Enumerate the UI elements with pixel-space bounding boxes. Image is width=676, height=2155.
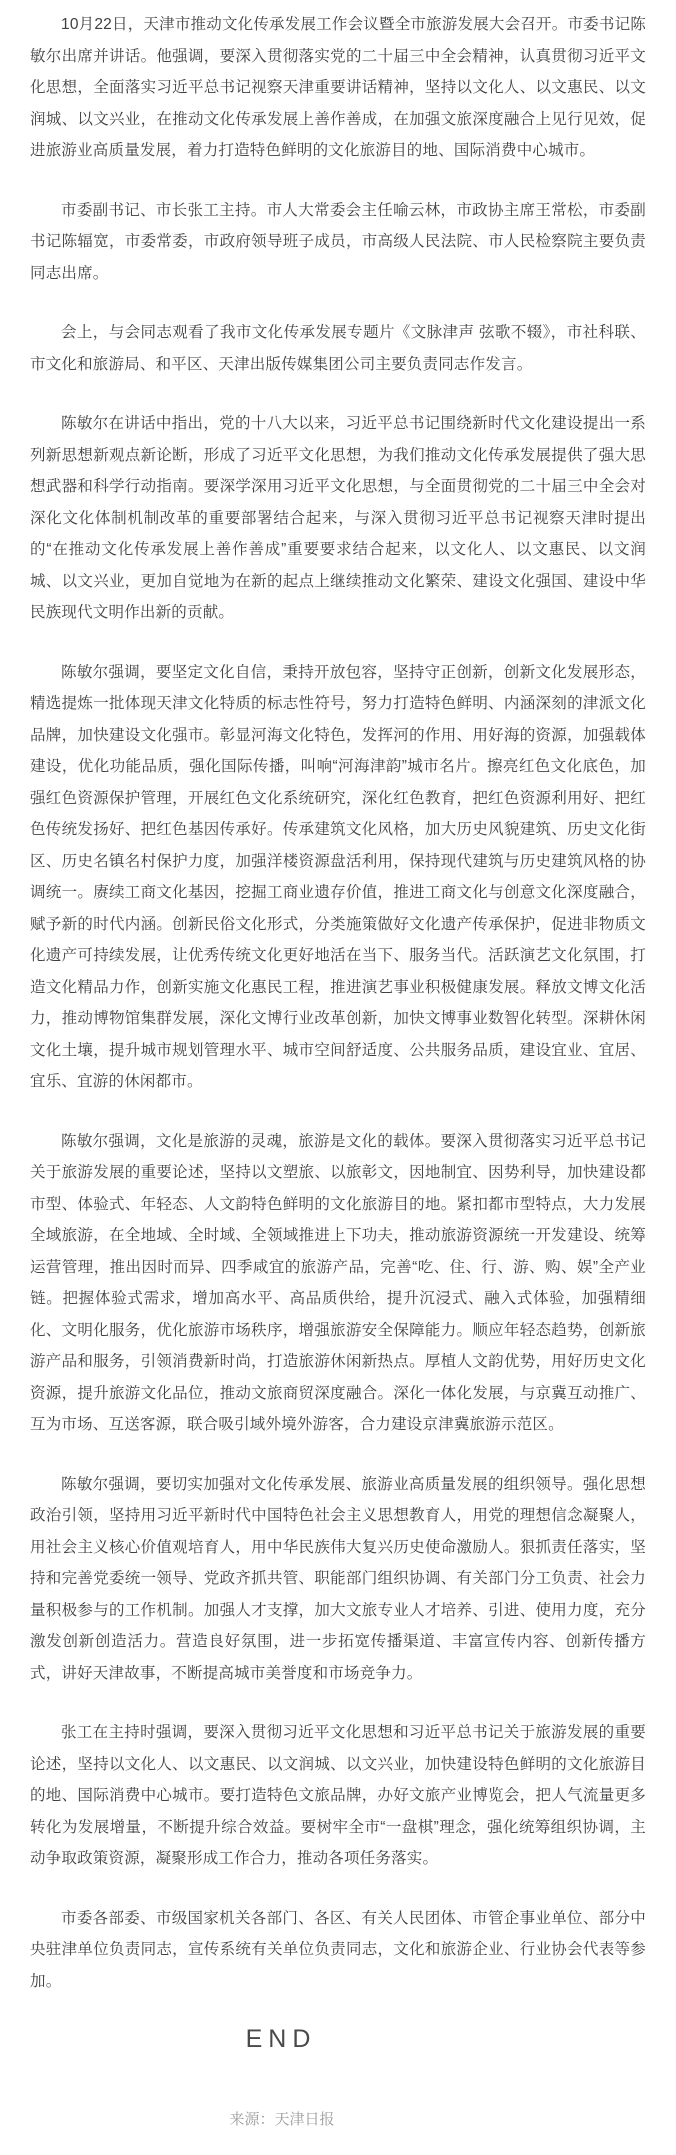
- end-marker: END: [0, 2025, 589, 2054]
- article-paragraph-7: 陈敏尔强调，要切实加强对文化传承发展、旅游业高质量发展的组织领导。强化思想政治引…: [30, 1469, 646, 1690]
- source-name: 天津日报: [275, 2111, 335, 2128]
- article-paragraph-2: 市委副书记、市长张工主持。市人大常委会主任喻云林，市政协主席王常松，市委副书记陈…: [30, 195, 646, 290]
- article-paragraph-1: 10月22日，天津市推动文化传承发展工作会议暨全市旅游发展大会召开。市委书记陈敏…: [30, 9, 646, 167]
- article-paragraph-4: 陈敏尔在讲话中指出，党的十八大以来，习近平总书记围绕新时代文化建设提出一系列新思…: [30, 408, 646, 629]
- article-page: 10月22日，天津市推动文化传承发展工作会议暨全市旅游发展大会召开。市委书记陈敏…: [0, 0, 676, 2155]
- article-paragraph-8: 张工在主持时强调，要深入贯彻习近平文化思想和习近平总书记关于旅游发展的重要论述，…: [30, 1717, 646, 1875]
- article-paragraph-6: 陈敏尔强调，文化是旅游的灵魂，旅游是文化的载体。要深入贯彻落实习近平总书记关于旅…: [30, 1126, 646, 1441]
- article-body: 10月22日，天津市推动文化传承发展工作会议暨全市旅游发展大会召开。市委书记陈敏…: [30, 9, 646, 1997]
- source-label: 来源：: [229, 2111, 274, 2128]
- article-paragraph-9: 市委各部委、市级国家机关各部门、各区、有关人民团体、市管企事业单位、部分中央驻津…: [30, 1903, 646, 1998]
- article-paragraph-5: 陈敏尔强调，要坚定文化自信，秉持开放包容，坚持守正创新，创新文化发展形态，精选提…: [30, 657, 646, 1098]
- source-line: 来源：天津日报: [0, 2108, 590, 2129]
- article-paragraph-3: 会上，与会同志观看了我市文化传承发展专题片《文脉津声 弦歌不辍》，市社科联、市文…: [30, 317, 646, 380]
